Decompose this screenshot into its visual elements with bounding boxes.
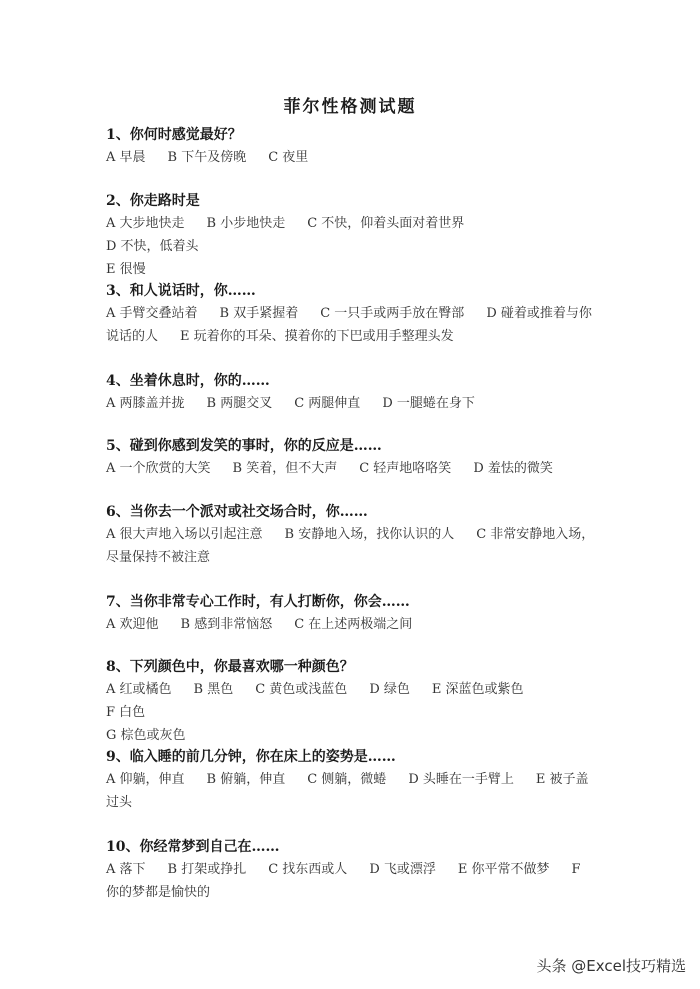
option-f: F 白色 <box>106 705 145 720</box>
option-a: A 很大声地入场以引起注意 <box>106 527 263 542</box>
option-a: A 落下 <box>106 862 146 877</box>
question-options: A 仰躺，伸直B 俯躺，伸直C 侧躺，微蜷D 头睡在一手臂上E 被子盖过头 <box>106 768 596 814</box>
option-a: A 大步地快走 <box>106 216 185 231</box>
option-b: B 小步地快走 <box>207 216 286 231</box>
question-title: 4、坐着休息时，你的…… <box>106 370 596 392</box>
watermark: 头条 @Excel技巧精选 <box>536 955 686 976</box>
option-c: C 不快，仰着头面对着世界 <box>307 216 464 231</box>
question-title: 3、和人说话时，你…… <box>106 280 596 302</box>
option-b: B 安静地入场，找你认识的人 <box>285 527 455 542</box>
question-9: 9、临入睡的前几分钟，你在床上的姿势是…… A 仰躺，伸直B 俯躺，伸直C 侧躺… <box>106 746 596 814</box>
question-10: 10、你经常梦到自己在…… A 落下B 打架或挣扎C 找东西或人D 飞或漂浮E … <box>106 836 596 904</box>
question-3: 3、和人说话时，你…… A 手臂交叠站着B 双手紧握着C 一只手或两手放在臀部D… <box>106 280 596 348</box>
option-e: E 玩着你的耳朵、摸着你的下巴或用手整理头发 <box>180 329 454 344</box>
question-options: A 早晨B 下午及傍晚C 夜里 <box>106 146 596 169</box>
option-a: A 仰躺，伸直 <box>106 772 185 787</box>
question-title: 5、碰到你感到发笑的事时，你的反应是…… <box>106 435 596 457</box>
option-a: A 红或橘色 <box>106 682 172 697</box>
option-b: B 两腿交叉 <box>207 396 273 411</box>
question-title: 1、你何时感觉最好？ <box>106 124 596 146</box>
option-e: E 你平常不做梦 <box>458 862 550 877</box>
question-options: A 落下B 打架或挣扎C 找东西或人D 飞或漂浮E 你平常不做梦F 你的梦都是愉… <box>106 858 596 904</box>
option-d: D 不快，低着头 <box>106 239 199 254</box>
question-title: 2、你走路时是 <box>106 190 596 212</box>
option-a: A 欢迎他 <box>106 617 159 632</box>
question-options: A 两膝盖并拢B 两腿交叉C 两腿伸直D 一腿蜷在身下 <box>106 392 596 415</box>
option-a: A 手臂交叠站着 <box>106 306 198 321</box>
question-options: A 一个欣赏的大笑B 笑着，但不大声C 轻声地咯咯笑D 羞怯的微笑 <box>106 457 596 480</box>
option-d: D 飞或漂浮 <box>369 862 436 877</box>
question-7: 7、当你非常专心工作时，有人打断你，你会…… A 欢迎他B 感到非常恼怒C 在上… <box>106 591 596 636</box>
option-d: D 头睡在一手臂上 <box>408 772 514 787</box>
question-options: A 欢迎他B 感到非常恼怒C 在上述两极端之间 <box>106 613 596 636</box>
question-title: 7、当你非常专心工作时，有人打断你，你会…… <box>106 591 596 613</box>
question-options: A 大步地快走B 小步地快走C 不快，仰着头面对着世界D 不快，低着头E 很慢 <box>106 212 596 281</box>
option-e: E 深蓝色或紫色 <box>432 682 524 697</box>
question-options: A 手臂交叠站着B 双手紧握着C 一只手或两手放在臀部D 碰着或推着与你说话的人… <box>106 302 596 348</box>
question-title: 10、你经常梦到自己在…… <box>106 836 596 858</box>
option-c: C 黄色或浅蓝色 <box>255 682 347 697</box>
option-d: D 绿色 <box>369 682 410 697</box>
option-a: A 两膝盖并拢 <box>106 396 185 411</box>
option-g: G 棕色或灰色 <box>106 728 186 743</box>
option-b: B 黑色 <box>194 682 234 697</box>
option-d: D 一腿蜷在身下 <box>382 396 475 411</box>
option-b: B 笑着，但不大声 <box>233 461 338 476</box>
option-b: B 俯躺，伸直 <box>207 772 286 787</box>
question-title: 9、临入睡的前几分钟，你在床上的姿势是…… <box>106 746 596 768</box>
option-b: B 下午及傍晚 <box>168 150 247 165</box>
question-options: A 很大声地入场以引起注意B 安静地入场，找你认识的人C 非常安静地入场，尽量保… <box>106 523 596 569</box>
question-5: 5、碰到你感到发笑的事时，你的反应是…… A 一个欣赏的大笑B 笑着，但不大声C… <box>106 435 596 480</box>
option-a: A 一个欣赏的大笑 <box>106 461 211 476</box>
option-c: C 一只手或两手放在臀部 <box>320 306 464 321</box>
question-6: 6、当你去一个派对或社交场合时，你…… A 很大声地入场以引起注意B 安静地入场… <box>106 501 596 569</box>
question-title: 6、当你去一个派对或社交场合时，你…… <box>106 501 596 523</box>
option-c: C 夜里 <box>268 150 308 165</box>
option-b: B 感到非常恼怒 <box>181 617 273 632</box>
question-1: 1、你何时感觉最好？ A 早晨B 下午及傍晚C 夜里 <box>106 124 596 169</box>
option-c: C 轻声地咯咯笑 <box>359 461 451 476</box>
option-c: C 侧躺，微蜷 <box>307 772 386 787</box>
question-title: 8、下列颜色中，你最喜欢哪一种颜色？ <box>106 656 596 678</box>
option-c: C 在上述两极端之间 <box>294 617 412 632</box>
option-b: B 双手紧握着 <box>220 306 299 321</box>
option-b: B 打架或挣扎 <box>168 862 247 877</box>
question-options: A 红或橘色B 黑色C 黄色或浅蓝色D 绿色E 深蓝色或紫色F 白色G 棕色或灰… <box>106 678 596 747</box>
option-e: E 很慢 <box>106 262 146 277</box>
question-2: 2、你走路时是 A 大步地快走B 小步地快走C 不快，仰着头面对着世界D 不快，… <box>106 190 596 281</box>
option-c: C 找东西或人 <box>268 862 347 877</box>
question-4: 4、坐着休息时，你的…… A 两膝盖并拢B 两腿交叉C 两腿伸直D 一腿蜷在身下 <box>106 370 596 415</box>
option-a: A 早晨 <box>106 150 146 165</box>
document-title: 菲尔性格测试题 <box>0 92 700 117</box>
question-8: 8、下列颜色中，你最喜欢哪一种颜色？ A 红或橘色B 黑色C 黄色或浅蓝色D 绿… <box>106 656 596 747</box>
option-c: C 两腿伸直 <box>294 396 360 411</box>
option-d: D 羞怯的微笑 <box>473 461 553 476</box>
